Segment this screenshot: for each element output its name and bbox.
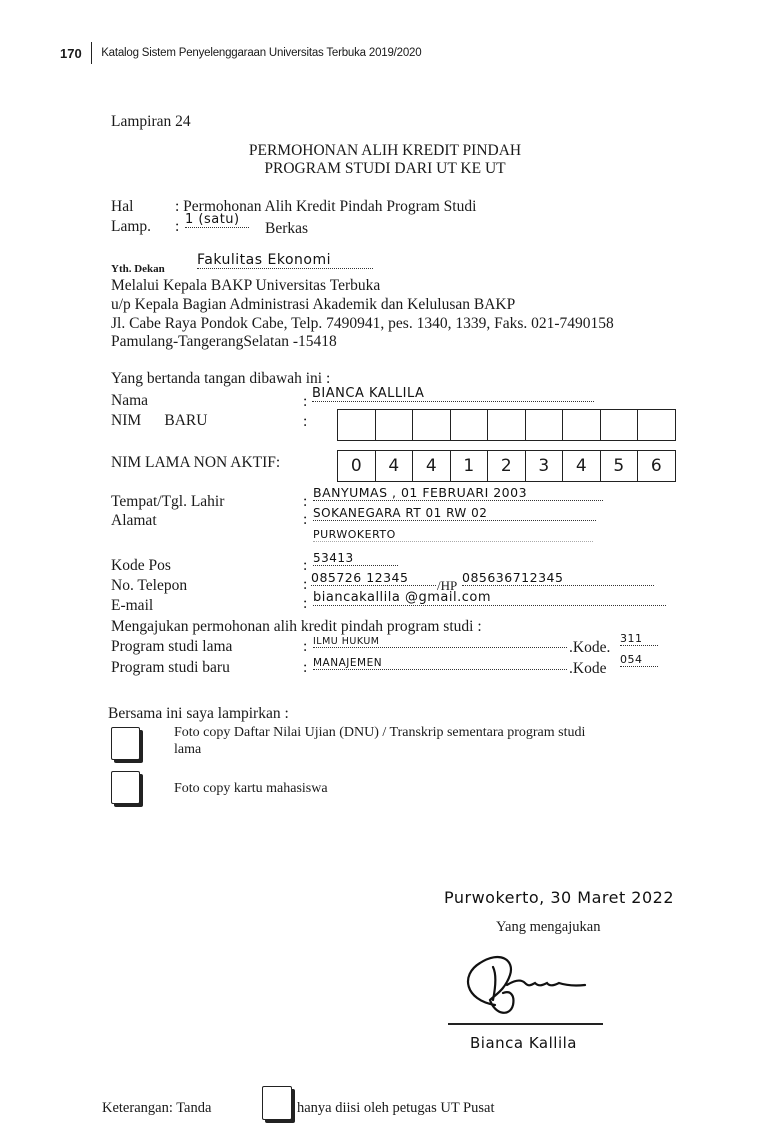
nim-lama-digit-cell[interactable]: 3 (526, 451, 564, 481)
nim-lama-digit-cell[interactable]: 1 (451, 451, 489, 481)
nim-baru-grid[interactable] (337, 409, 676, 441)
nim-baru-colon: : (303, 413, 307, 431)
email-label: E-mail (111, 597, 153, 615)
nim-baru-label: NIM BARU (111, 412, 207, 430)
footer-legend-box (262, 1086, 292, 1120)
hal-label: Hal (111, 198, 133, 216)
place-date: Purwokerto, 30 Maret 2022 (444, 888, 674, 907)
kodepos-label: Kode Pos (111, 557, 171, 575)
nim-lama-digit-cell[interactable]: 2 (488, 451, 526, 481)
signature-mark (455, 945, 605, 1025)
nim-baru-digit-cell[interactable] (451, 410, 489, 440)
attachment-item-ktm: Foto copy kartu mahasiswa (174, 781, 328, 797)
attachment-item-dnu: Foto copy Daftar Nilai Ujian (DNU) / Tra… (174, 724, 585, 758)
nim-lama-digit-cell[interactable]: 6 (638, 451, 675, 481)
prodi-baru-label: Program studi baru (111, 659, 230, 677)
nim-baru-digit-cell[interactable] (413, 410, 451, 440)
nama-colon: : (303, 393, 307, 411)
signature-role: Yang mengajukan (496, 919, 600, 936)
prodi-lama-field[interactable]: ILMU HUKUM (313, 636, 567, 648)
signature-line (448, 1023, 603, 1025)
alamat-colon: : (303, 511, 307, 529)
telepon-field[interactable]: 085726 12345 (311, 570, 436, 586)
yth-label: Yth. Dekan (111, 263, 165, 275)
dean-field[interactable]: Fakulitas Ekonomi (197, 252, 373, 269)
alamat-field-line2[interactable]: PURWOKERTO (313, 528, 593, 542)
prodi-baru-kode-label: .Kode (569, 660, 606, 678)
ttl-field[interactable]: BANYUMAS , 01 FEBRUARI 2003 (313, 485, 603, 501)
nim-lama-digit-cell[interactable]: 4 (376, 451, 414, 481)
footer-note-text: hanya diisi oleh petugas UT Pusat (297, 1100, 494, 1117)
nim-baru-digit-cell[interactable] (488, 410, 526, 440)
footer-note-label: Keterangan: Tanda (102, 1100, 211, 1117)
addressee-line-1: Melalui Kepala BAKP Universitas Terbuka (111, 277, 380, 295)
prodi-lama-colon: : (303, 638, 307, 656)
ttl-label: Tempat/Tgl. Lahir (111, 493, 224, 511)
nim-baru-digit-cell[interactable] (601, 410, 639, 440)
page-number: 170 (60, 46, 82, 61)
email-colon: : (303, 595, 307, 613)
alamat-field-line1[interactable]: SOKANEGARA RT 01 RW 02 (313, 506, 596, 521)
prodi-lama-kode-label: .Kode. (569, 639, 610, 657)
email-field[interactable]: biancakallila @gmail.com (313, 590, 666, 606)
addressee-line-2: u/p Kepala Bagian Administrasi Akademik … (111, 296, 515, 314)
nim-lama-digit-cell[interactable]: 4 (413, 451, 451, 481)
telepon-label: No. Telepon (111, 577, 187, 595)
nim-baru-digit-cell[interactable] (638, 410, 675, 440)
ttl-colon: : (303, 493, 307, 511)
nim-baru-digit-cell[interactable] (376, 410, 414, 440)
nim-baru-digit-cell[interactable] (563, 410, 601, 440)
applicant-intro: Yang bertanda tangan dibawah ini : (111, 370, 330, 388)
attachments-intro: Bersama ini saya lampirkan : (108, 705, 289, 723)
form-title-line2: PROGRAM STUDI DARI UT KE UT (175, 160, 595, 178)
kodepos-field[interactable]: 53413 (313, 551, 398, 566)
alamat-label: Alamat (111, 512, 157, 530)
nim-baru-digit-cell[interactable] (526, 410, 564, 440)
nim-lama-label: NIM LAMA NON AKTIF: (111, 454, 280, 472)
prodi-lama-kode-field[interactable]: 311 (620, 632, 658, 646)
nama-field[interactable]: BIANCA KALLILA (312, 386, 594, 402)
prodi-baru-colon: : (303, 659, 307, 677)
form-title: PERMOHONAN ALIH KREDIT PINDAH PROGRAM ST… (175, 142, 595, 178)
catalog-title: Katalog Sistem Penyelenggaraan Universit… (101, 47, 421, 59)
attachment-checkbox-ktm[interactable] (111, 771, 140, 804)
lamp-value-field[interactable]: 1 (satu) (185, 212, 249, 228)
signer-name: Bianca Kallila (470, 1034, 577, 1052)
addressee-line-3: Jl. Cabe Raya Pondok Cabe, Telp. 7490941… (111, 315, 614, 333)
lamp-suffix: Berkas (265, 220, 308, 238)
nim-baru-digit-cell[interactable] (338, 410, 376, 440)
nim-lama-digit-cell[interactable]: 4 (563, 451, 601, 481)
hp-field[interactable]: 085636712345 (462, 570, 654, 586)
prodi-lama-label: Program studi lama (111, 638, 232, 656)
attachment-item-dnu-line1: Foto copy Daftar Nilai Ujian (DNU) / Tra… (174, 724, 585, 741)
prodi-baru-field[interactable]: MANAJEMEN (313, 657, 567, 670)
nim-lama-grid[interactable]: 044123456 (337, 450, 676, 482)
attachment-label: Lampiran 24 (111, 113, 191, 131)
header-divider (91, 42, 93, 64)
program-intro: Mengajukan permohonan alih kredit pindah… (111, 618, 482, 636)
lamp-label: Lamp. (111, 218, 151, 236)
addressee-line-4: Pamulang-TangerangSelatan -15418 (111, 333, 337, 351)
nim-lama-digit-cell[interactable]: 0 (338, 451, 376, 481)
attachment-checkbox-dnu[interactable] (111, 727, 140, 760)
attachment-item-dnu-line2: lama (174, 741, 585, 758)
lamp-colon: : (175, 218, 179, 236)
telepon-colon: : (303, 576, 307, 594)
nama-label: Nama (111, 392, 148, 410)
nim-lama-digit-cell[interactable]: 5 (601, 451, 639, 481)
form-title-line1: PERMOHONAN ALIH KREDIT PINDAH (175, 142, 595, 160)
page-header: 170 Katalog Sistem Penyelenggaraan Unive… (60, 42, 421, 64)
kodepos-colon: : (303, 557, 307, 575)
prodi-baru-kode-field[interactable]: 054 (620, 653, 658, 667)
